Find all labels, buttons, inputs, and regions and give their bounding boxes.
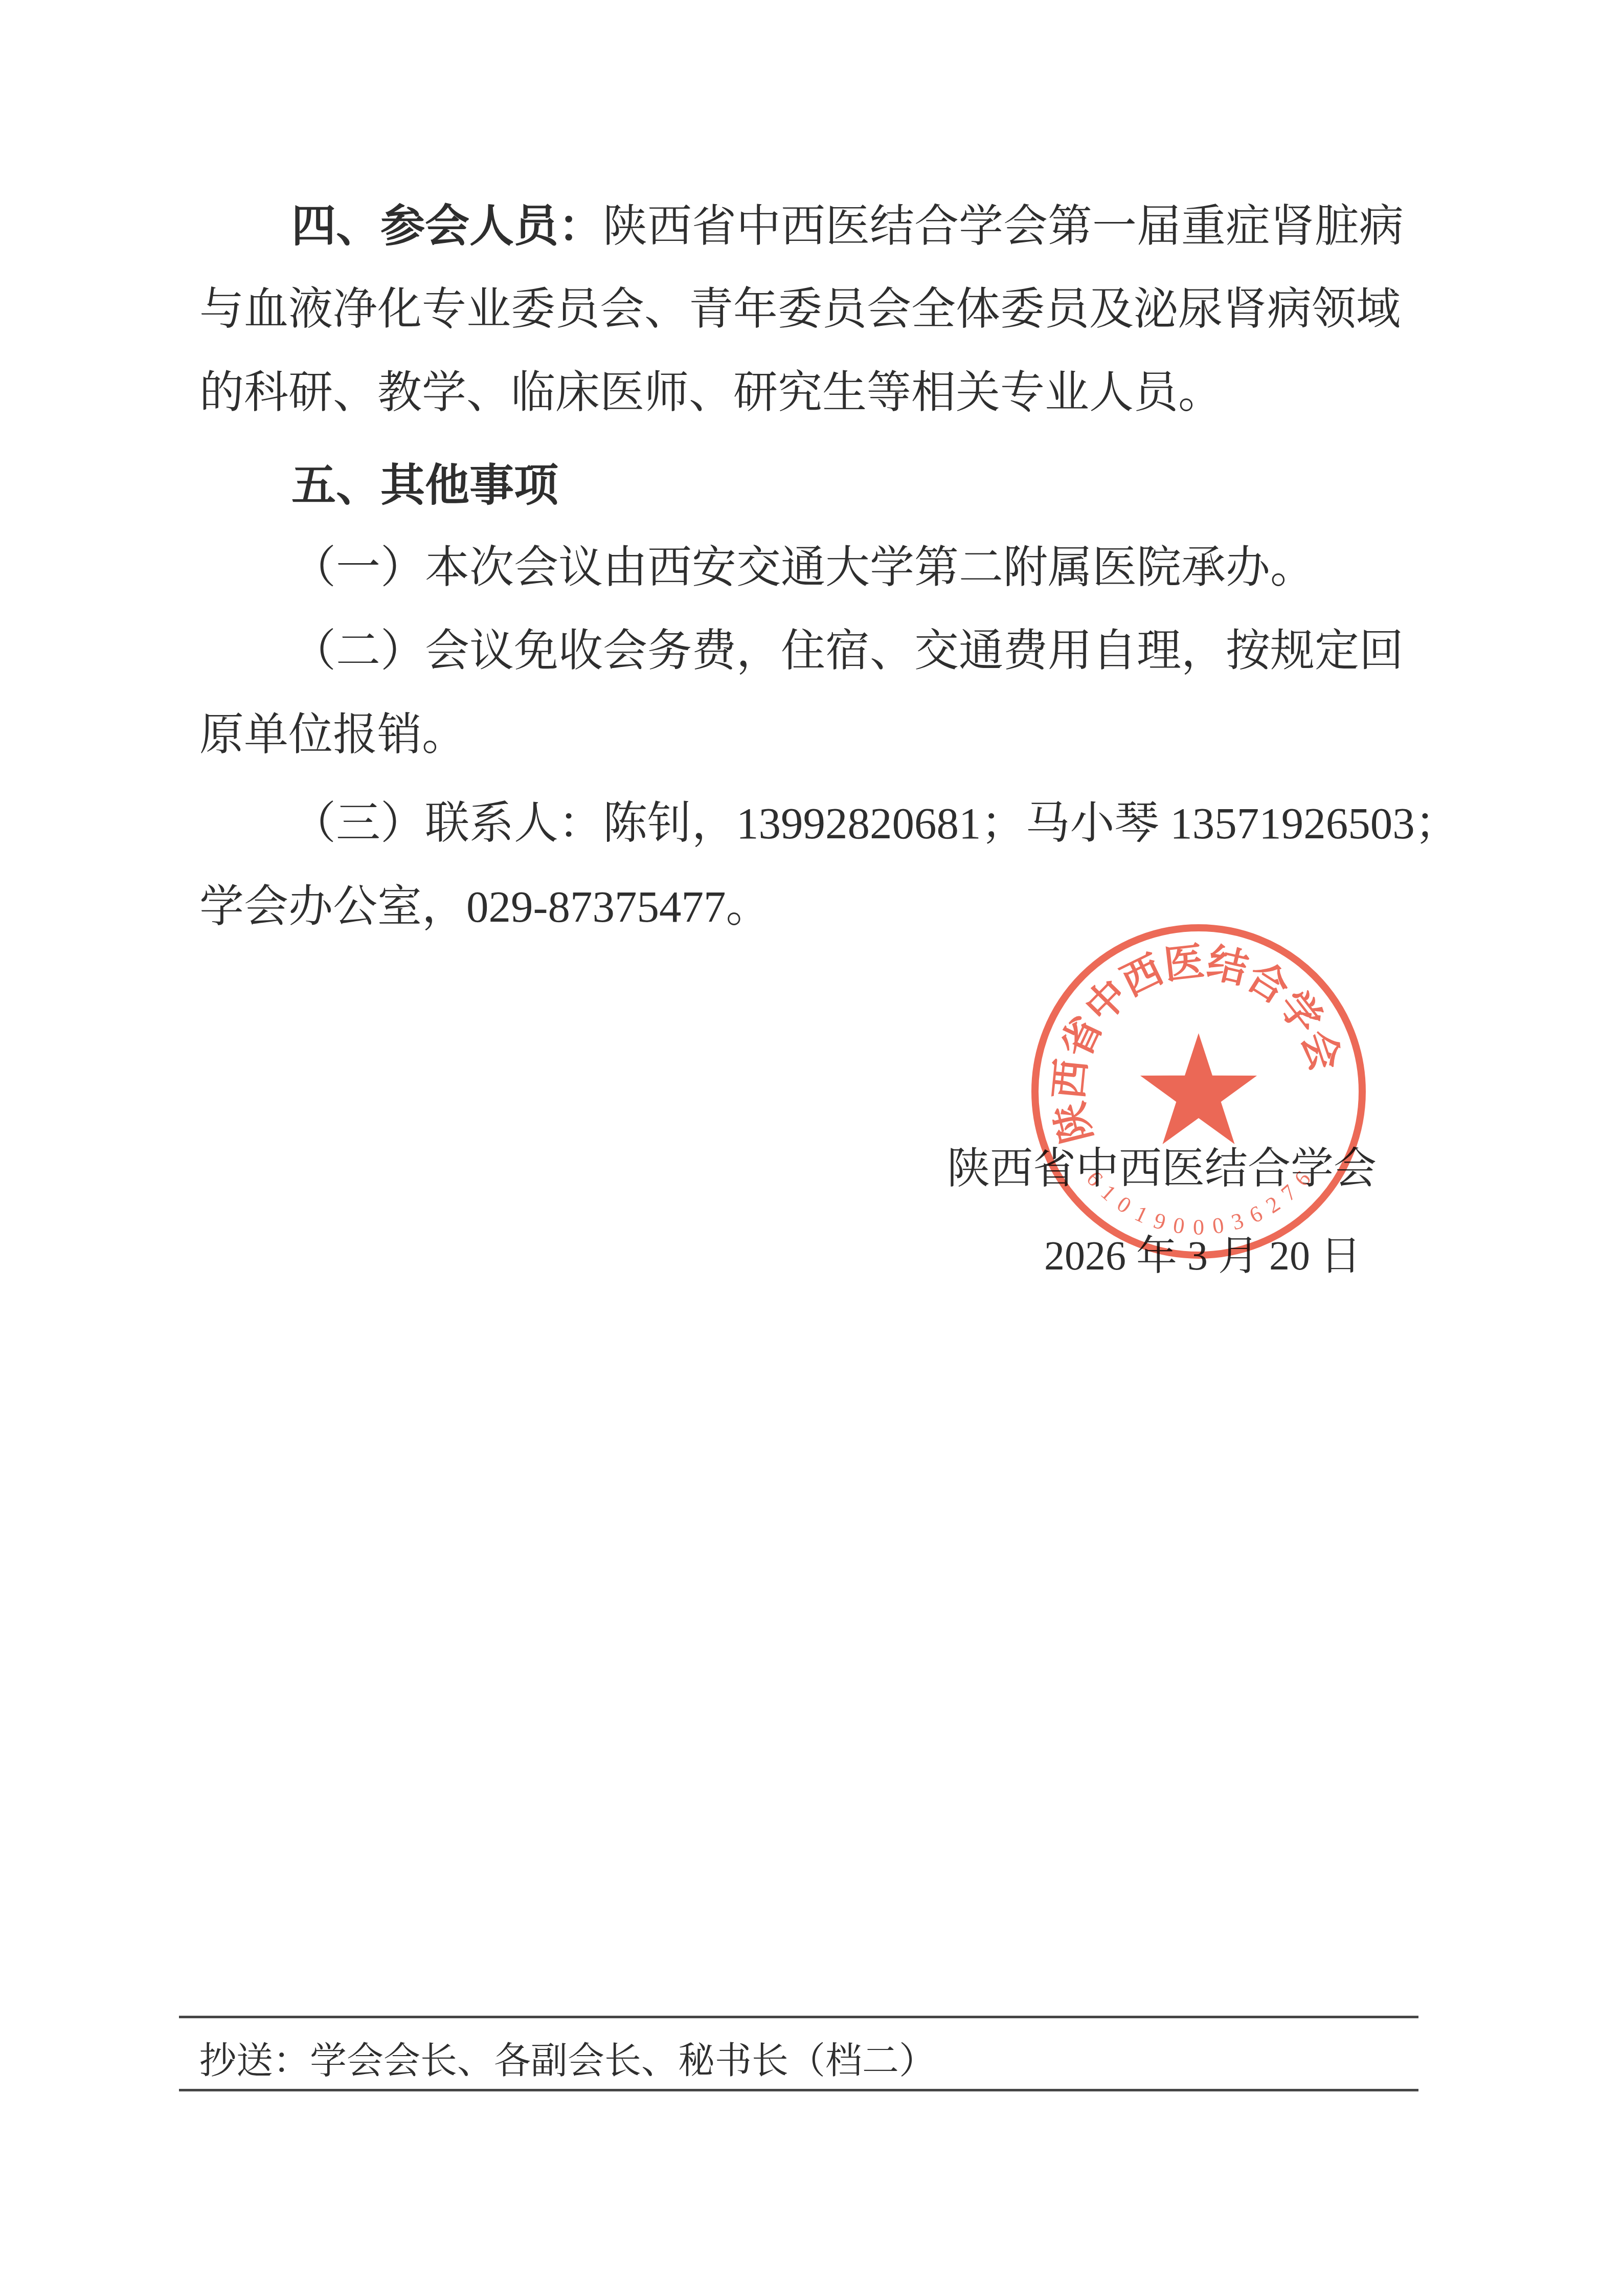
seal-number-char: 6 [1246,1200,1267,1228]
seal-arc-char: 西 [1046,1057,1094,1101]
item-1-line: （一）本次会议由西安交通大学第二附属医院承办。 [199,543,1315,592]
seal-number-char: 7 [1276,1179,1301,1206]
participants-inline-heading: 四、参会人员： [291,202,603,251]
seal-number-char: 0 [1171,1212,1186,1239]
footer-rule-top [179,2016,1418,2018]
seal-number-char: 3 [1228,1208,1246,1235]
seal-arc-char: 陕 [1047,1098,1100,1148]
item-3-line-2: 学会办公室，029-87375477。 [199,882,770,931]
cc-line: 抄送：学会会长、各副会长、秘书长（档二） [199,2041,936,2081]
seal-number-char: 6 [1081,1166,1108,1191]
official-seal: 陕西省中西医结合学会6101900036276 [1025,918,1372,1265]
participants-line-1: 四、参会人员：陕西省中西医结合学会第一届重症肾脏病 [199,202,1404,251]
seal-star-icon [1140,1033,1257,1144]
participants-text-1: 陕西省中西医结合学会第一届重症肾脏病 [603,202,1404,251]
seal-number-char: 1 [1096,1179,1121,1206]
seal-number-char: 0 [1113,1191,1136,1218]
seal-number-char: 1 [1131,1200,1152,1228]
participants-line-2: 与血液净化专业委员会、青年委员会全体委员及泌尿肾病领域 [199,284,1401,334]
other-matters-heading: 五、其他事项 [291,461,558,510]
participants-line-3: 的科研、教学、临床医师、研究生等相关专业人员。 [199,368,1223,417]
item-3-line-1: （三）联系人：陈钊，13992820681；马小琴 13571926503； [199,798,1459,848]
seal-number-char: 9 [1151,1208,1168,1235]
seal-number-char: 2 [1261,1191,1284,1218]
seal-number-char: 6 [1289,1166,1316,1191]
item-2-line-2: 原单位报销。 [199,710,466,760]
footer-rule-bottom [179,2089,1418,2091]
seal-number-char: 0 [1211,1212,1226,1239]
item-2-line-1: （二）会议免收会务费，住宿、交通费用自理，按规定回 [199,626,1404,676]
document-page: 四、参会人员：陕西省中西医结合学会第一届重症肾脏病 与血液净化专业委员会、青年委… [0,0,1623,2296]
seal-number-char: 0 [1193,1215,1204,1240]
seal-arc-char: 医 [1162,939,1206,988]
